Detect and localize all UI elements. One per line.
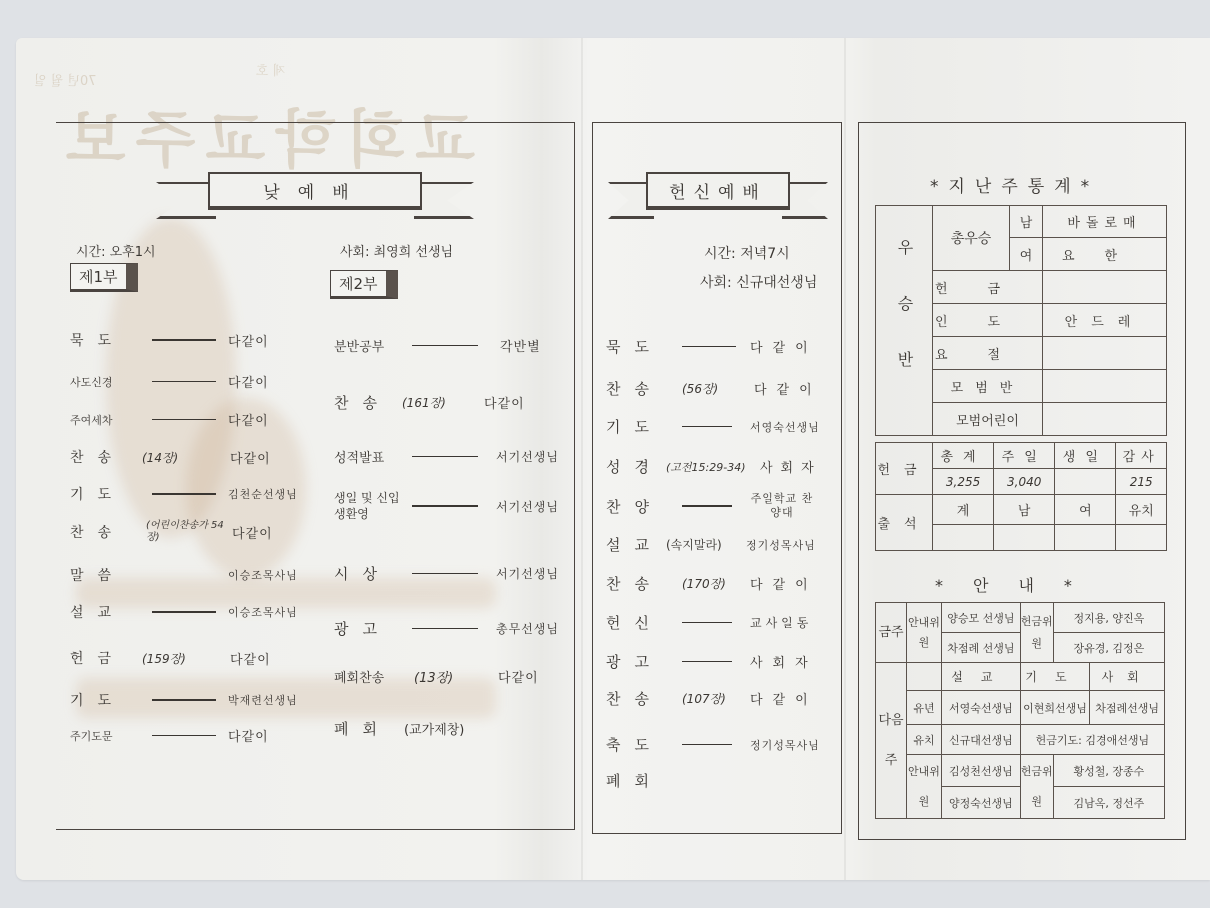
program-item: 찬송(107장)다같이 [606,688,818,709]
program-item: 성적발표서기선생님 [334,447,559,466]
bleed-through-date: 70년 월 일 [34,70,96,89]
program-item: 분반공부각반별 [334,336,541,355]
evening-service-banner: 헌신예배 [608,172,828,214]
program-item: 주여세차다같이 [70,410,269,429]
offering-sunday: 3,040 [994,469,1055,495]
notice-table: 금주 안내위원 양승모 선생님 헌금위원 정지용, 양진옥 차점례 선생님 장유… [875,602,1165,819]
stats-title: *지난주통계* [930,172,1099,197]
service-time: 시간: 저녁7시 [704,243,790,263]
program-item: 설교(속지말라)정기성목사님 [606,534,816,555]
part2-label: 제2부 [330,270,398,299]
program-item: 찬양주일학교 찬양대 [606,492,814,520]
day-service-panel [56,122,575,830]
program-item: 묵도다같이 [606,336,818,357]
bleed-through-number: 제 호 [256,60,285,79]
evening-service-panel [592,122,842,834]
service-host: 사회: 신규대선생님 [700,272,817,292]
program-item: 폐회 [606,770,682,791]
part1-label: 제1부 [70,263,138,292]
program-item: 말씀이승조목사님 [70,565,298,585]
banner-title: 헌신예배 [646,172,790,210]
program-item: 광고총무선생님 [334,618,559,639]
program-item: 생일 및 신입생환영서기선생님 [334,490,559,522]
day-service-banner: 낮예배 [156,172,474,214]
program-item: 폐회찬송(13장)다같이 [334,667,539,686]
program-item: 헌금(159장)다같이 [70,648,271,668]
offering-thanks: 215 [1116,469,1167,495]
banner-title: 낮예배 [208,172,422,210]
program-item: 축도정기성목사님 [606,734,820,755]
program-item: 시상서기선생님 [334,563,559,584]
program-item: 찬송(14장)다같이 [70,447,271,467]
service-time: 시간: 오후1시 [76,241,156,260]
program-item: 찬송(170장)다같이 [606,573,818,594]
program-item: 폐회(교가제창) [334,718,464,739]
offering-birthday [1055,469,1116,495]
program-item: 찬송(56장)다같이 [606,378,822,399]
service-host: 사회: 최영희 선생님 [340,241,453,260]
notice-title: *안내* [935,573,1102,596]
program-item: 기도김천순선생님 [70,484,298,504]
program-item: 설교이승조목사님 [70,602,298,622]
program-item: 찬송(어린이찬송가 54장)다같이 [70,520,273,544]
offering-total: 3,255 [933,469,994,495]
program-item: 광고사회자 [606,651,818,672]
program-item: 주기도문다같이 [70,726,269,745]
program-item: 찬송(161장)다같이 [334,392,525,413]
program-item: 묵도다같이 [70,330,269,350]
program-item: 헌신교사일동 [606,612,812,633]
fold-line [844,38,846,880]
program-item: 기도서영숙선생님 [606,416,820,437]
last-week-stats-table: 우승반 총우승 남 바돌로매 여 요한 헌금 인도안드레 요절 모범반 모범어린… [875,205,1167,436]
program-item: 사도신경다같이 [70,372,269,391]
winner-label: 우승반 [876,206,933,436]
fold-line [581,38,583,880]
offering-attendance-table: 헌금 총계 주일 생일 감사 3,255 3,040 215 출석 계 남 여 … [875,442,1167,551]
program-item: 성경(고전15:29-34)사회자 [606,456,822,477]
program-item: 기도박재련선생님 [70,690,298,710]
